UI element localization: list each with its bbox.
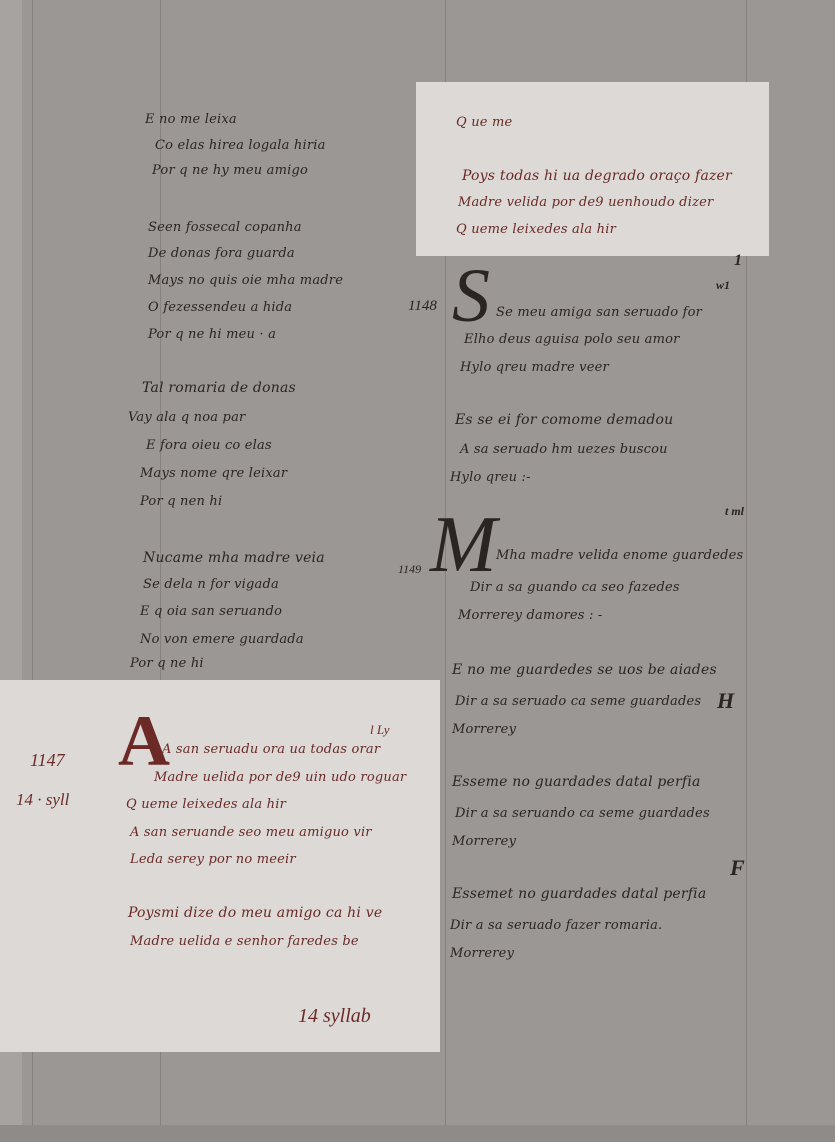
verse-line: Madre uelida por de9 uin udo roguar xyxy=(154,770,406,785)
verse-line: Por q ne hi meu · a xyxy=(148,327,276,342)
verse-line: Poysmi dize do meu amigo ca hi ve xyxy=(128,905,382,921)
verse-line: Q ue me xyxy=(456,115,512,130)
verse-line: Vay ala q noa par xyxy=(128,410,245,425)
margin-note: F xyxy=(730,855,745,881)
verse-line: E no me guardedes se uos be aiades xyxy=(452,662,717,678)
verse-line: Se dela n for vigada xyxy=(143,577,279,592)
verse-line: Poys todas hi ua degrado oraço fazer xyxy=(462,168,732,184)
verse-line: O fezessendeu a hida xyxy=(148,300,292,315)
verse-line: Madre uelida e senhor faredes be xyxy=(130,934,359,949)
poem-number: 1147 xyxy=(30,750,65,771)
verse-line: A san seruande seo meu amiguo vir xyxy=(130,825,372,840)
verse-line: Morrerey xyxy=(452,722,516,737)
verse-line: Dir a sa seruando ca seme guardades xyxy=(455,806,710,821)
verse-line: Morrerey xyxy=(452,834,516,849)
syllable-note: 14 · syll xyxy=(16,790,69,810)
decorated-initial: M xyxy=(430,505,497,585)
verse-line: Q ueme leixedes ala hir xyxy=(456,222,616,237)
verse-line: Mays nome qre leixar xyxy=(140,466,287,481)
verse-line: Morrerey xyxy=(450,946,514,961)
verse-line: E q oia san seruando xyxy=(140,604,282,619)
verse-line: Mays no quis oie mha madre xyxy=(148,273,343,288)
verse-line: Co elas hirea logala hiria xyxy=(155,138,326,153)
verse-line: Mha madre velida enome guardedes xyxy=(496,548,743,563)
verse-line: A san seruadu ora ua todas orar xyxy=(162,742,380,757)
verse-line: Hylo qreu madre veer xyxy=(460,360,609,375)
verse-line: Madre velida por de9 uenhoudo dizer xyxy=(458,195,713,210)
margin-note: w1 xyxy=(716,278,730,293)
verse-line: Seen fossecal copanha xyxy=(148,220,302,235)
verse-line: Essemet no guardades datal perfia xyxy=(452,886,706,902)
verse-line: Por q ne hi xyxy=(130,656,204,671)
syllable-note: 14 syllab xyxy=(298,1005,371,1028)
verse-line: No von emere guardada xyxy=(140,632,304,647)
verse-line: De donas fora guarda xyxy=(148,246,295,261)
verse-line: Dir a sa seruado fazer romaria. xyxy=(450,918,662,933)
verse-line: E no me leixa xyxy=(145,112,237,127)
verse-line: Dir a sa seruado ca seme guardades xyxy=(455,694,701,709)
verse-line: Q ueme leixedes ala hir xyxy=(126,797,286,812)
verse-line: A sa seruado hm uezes buscou xyxy=(460,442,668,457)
page-bottom-edge xyxy=(0,1125,835,1142)
verse-line: Leda serey por no meeir xyxy=(130,852,296,867)
margin-note: t ml xyxy=(725,504,744,519)
verse-line: Tal romaria de donas xyxy=(142,380,296,396)
verse-line: Esseme no guardades datal perfia xyxy=(452,774,701,790)
verse-line: Elho deus aguisa polo seu amor xyxy=(464,332,680,347)
poem-number: 1149 xyxy=(398,562,421,577)
margin-note: H xyxy=(717,688,734,714)
verse-line: Dir a sa guando ca seo fazedes xyxy=(470,580,680,595)
verse-line: Hylo qreu :- xyxy=(450,470,531,485)
verse-line: Morrerey damores : - xyxy=(458,608,603,623)
verse-line: Se meu amiga san seruado for xyxy=(496,305,702,320)
margin-note: 1 xyxy=(734,252,742,270)
verse-line: Por q ne hy meu amigo xyxy=(152,163,308,178)
decorated-initial: A xyxy=(118,705,170,777)
decorated-initial: S xyxy=(452,258,490,334)
verse-line: E fora oieu co elas xyxy=(146,438,272,453)
verse-line: Nucame mha madre veia xyxy=(143,550,325,566)
margin-note: l Ly xyxy=(370,722,389,738)
poem-number: 1148 xyxy=(408,298,437,315)
verse-line: Es se ei for comome demadou xyxy=(455,412,673,428)
verse-line: Por q nen hi xyxy=(140,494,222,509)
